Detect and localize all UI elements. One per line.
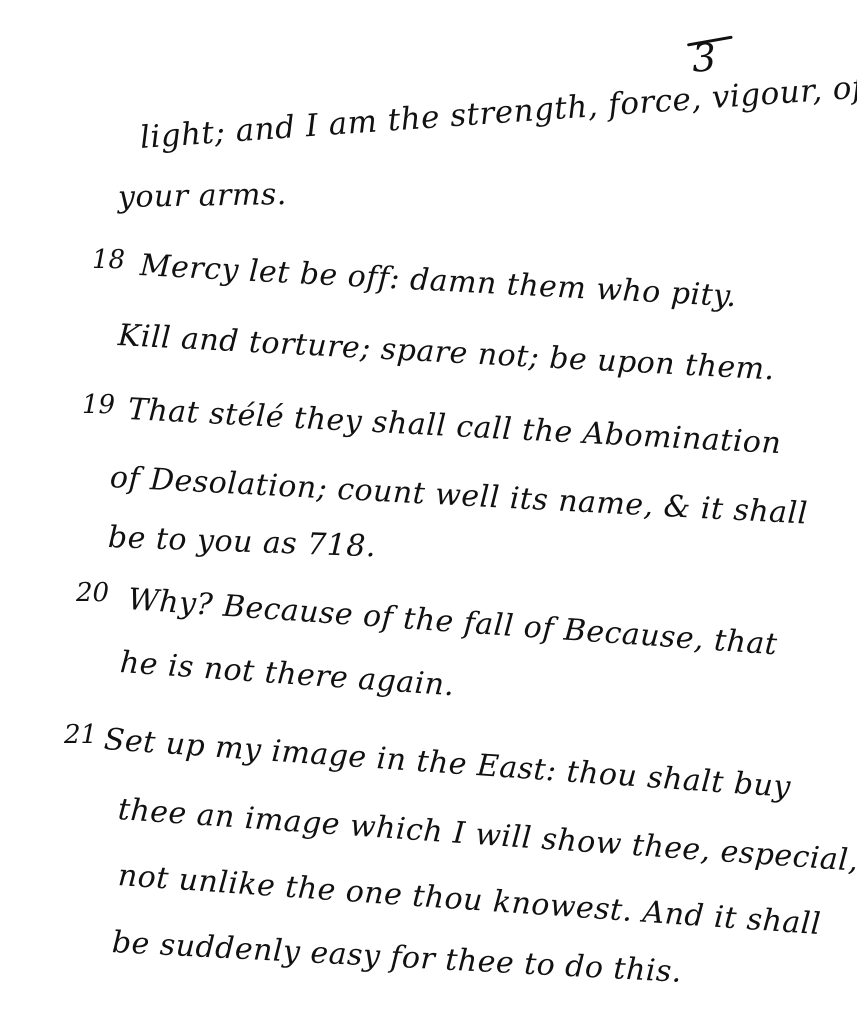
manuscript-line: be to you as 718. [107,520,376,564]
manuscript-line: not unlike the one thou knowest. And it … [117,858,822,942]
manuscript-line: he is not there again. [119,645,456,703]
manuscript-page: 3 light; and I am the strength, force, v… [0,0,857,1024]
manuscript-line: of Desolation; count well its name, & it… [109,460,809,532]
verse-number: 19 [82,390,115,420]
manuscript-line: That stélé they shall call the Abominati… [127,392,782,461]
manuscript-line: light; and I am the strength, force, vig… [139,69,857,156]
verse-number: 18 [92,245,125,275]
manuscript-line: Why? Because of the fall of Because, tha… [127,582,779,662]
page-number: 3 [690,35,717,81]
verse-number: 21 [64,720,97,750]
manuscript-line: your arms. [118,177,287,215]
verse-number: 20 [76,578,109,608]
manuscript-line: Kill and torture; spare not; be upon the… [117,318,775,387]
manuscript-line: Set up my image in the East: thou shalt … [103,722,792,805]
manuscript-line: Mercy let be off: damn them who pity. [139,248,737,314]
manuscript-line: be suddenly easy for thee to do this. [111,925,683,990]
